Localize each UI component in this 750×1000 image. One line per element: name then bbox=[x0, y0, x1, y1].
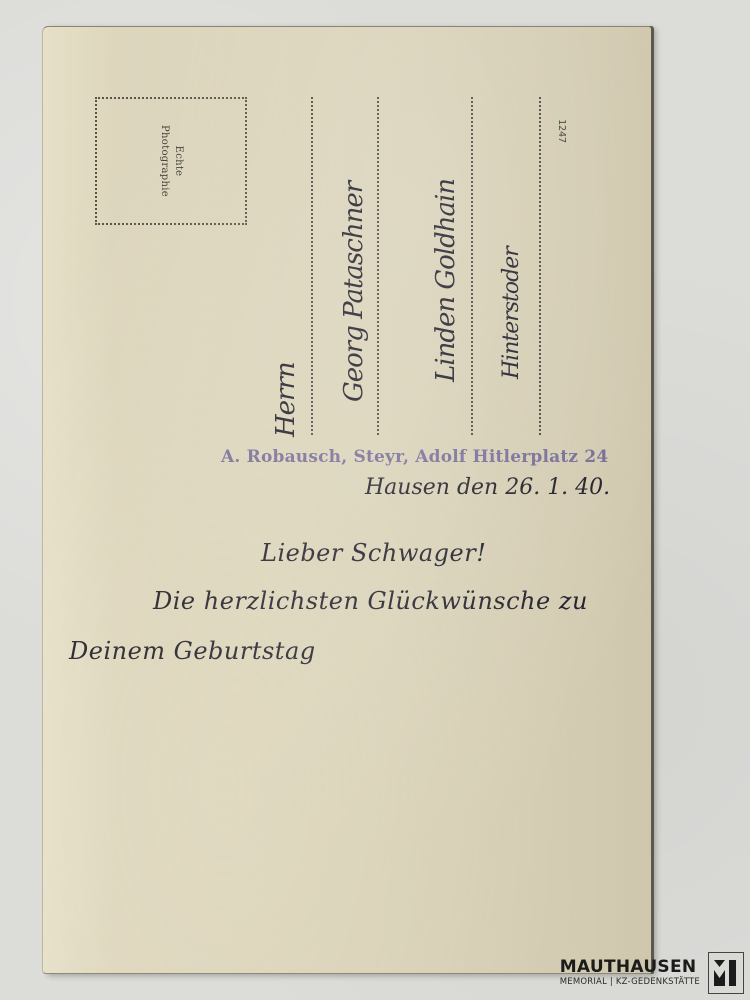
stamp-box-label-line2: Photographie bbox=[157, 125, 171, 197]
postcard: Echte Photographie 1247 Herrn Georg Pata… bbox=[42, 26, 651, 974]
serial-number: 1247 bbox=[556, 119, 567, 143]
address-town: Hinterstoder bbox=[499, 247, 524, 379]
address-line-3 bbox=[471, 97, 473, 435]
watermark-title: MAUTHAUSEN bbox=[560, 958, 697, 976]
stamp-box-label-line1: Echte bbox=[171, 125, 185, 197]
address-recipient-title: Herrn bbox=[271, 362, 301, 437]
address-line-2 bbox=[377, 97, 379, 435]
address-recipient-name: Georg Pataschner bbox=[339, 182, 369, 402]
mauthausen-memorial-watermark: MAUTHAUSEN MEMORIAL | KZ-GEDENKSTÄTTE bbox=[560, 952, 744, 994]
address-line-1 bbox=[311, 97, 313, 435]
message-line-1: Die herzlichsten Glückwünsche zu bbox=[153, 587, 588, 615]
address-street: Linden Goldhain bbox=[431, 179, 461, 382]
stamp-box-label: Echte Photographie bbox=[157, 125, 185, 197]
address-line-4 bbox=[539, 97, 541, 435]
memorial-logo-icon bbox=[708, 952, 744, 994]
message-line-2: Deinem Geburtstag bbox=[69, 637, 316, 665]
stamp-placeholder-box: Echte Photographie bbox=[95, 97, 247, 225]
watermark-subtitle: MEMORIAL | KZ-GEDENKSTÄTTE bbox=[560, 976, 700, 988]
sender-rubber-stamp: A. Robausch, Steyr, Adolf Hitlerplatz 24 bbox=[221, 447, 608, 467]
message-salutation: Lieber Schwager! bbox=[261, 539, 486, 567]
place-date: Hausen den 26. 1. 40. bbox=[365, 475, 610, 500]
